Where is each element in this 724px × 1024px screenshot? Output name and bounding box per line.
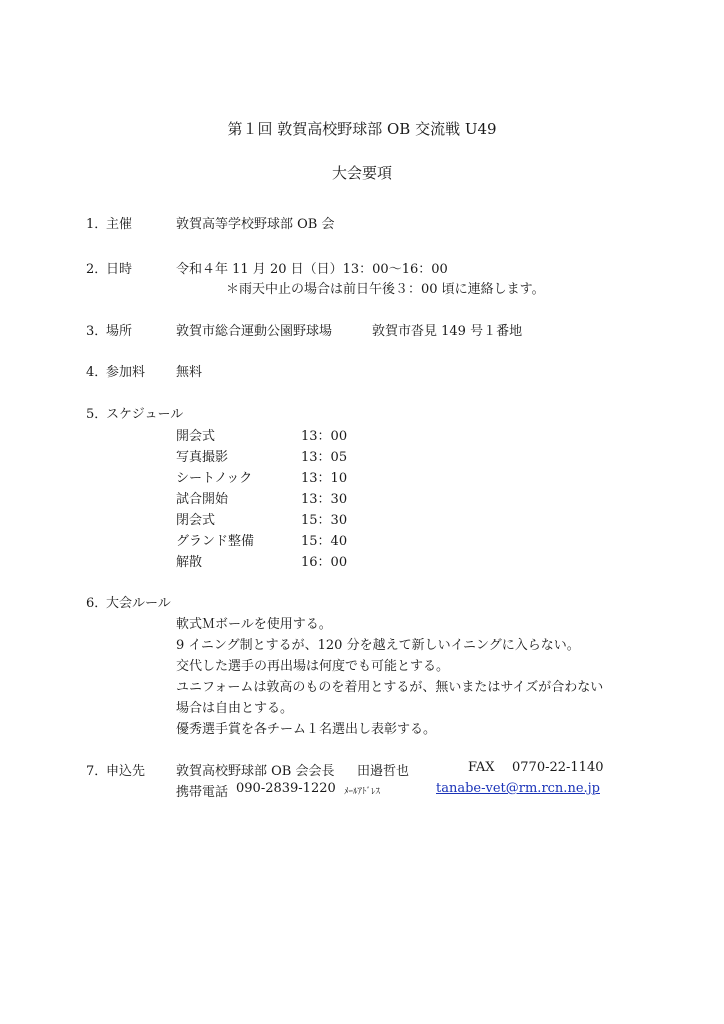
section-number: 5． <box>86 403 107 422</box>
rule-line: 交代した選手の再出場は何度でも可能とする。 <box>176 655 449 674</box>
venue-address: 敦賀市沓見 149 号１番地 <box>372 320 522 339</box>
section-number: 7． <box>86 760 107 779</box>
rule-line: ユニフォームは敦高のものを着用とするが、無いまたはサイズが合わない <box>176 676 603 695</box>
rule-line: 軟式Ｍボールを使用する。 <box>176 613 332 632</box>
section-label: 申込先 <box>106 760 145 779</box>
datetime-value: 令和４年 11 月 20 日（日）13：00〜16：00 <box>176 258 448 277</box>
organizer-value: 敦賀高等学校野球部 OB 会 <box>176 213 334 232</box>
fax-number: 0770-22-1140 <box>512 760 604 775</box>
section-label: 場所 <box>106 320 132 339</box>
section-number: 2． <box>86 258 107 277</box>
rule-line: 9 イニング制とするが、120 分を越えて新しいイニングに入らない。 <box>176 634 580 653</box>
schedule-event: グランド整備 <box>176 530 254 549</box>
schedule-time: 15：40 <box>301 530 347 549</box>
fee-value: 無料 <box>176 361 202 380</box>
fax-label: FAX <box>468 760 495 775</box>
rule-line: 優秀選手賞を各チーム１名選出し表彰する。 <box>176 718 436 737</box>
schedule-event: 写真撮影 <box>176 446 228 465</box>
rule-line: 場合は自由とする。 <box>176 697 293 716</box>
section-number: 3． <box>86 320 107 339</box>
rain-note: ＊雨天中止の場合は前日午後３：00 頃に連絡します。 <box>226 278 545 297</box>
contact-name: 田邉哲也 <box>357 760 409 779</box>
section-label: 参加料 <box>106 361 145 380</box>
venue-value: 敦賀市総合運動公園野球場 <box>176 320 332 339</box>
section-label: 大会ルール <box>106 592 171 611</box>
document-subtitle: 大会要項 <box>0 162 724 183</box>
schedule-time: 13：10 <box>301 467 347 486</box>
section-number: 6． <box>86 592 107 611</box>
schedule-time: 13：00 <box>301 425 347 444</box>
contact-organization: 敦賀高校野球部 OB 会会長 <box>176 760 334 779</box>
email-link[interactable]: tanabe-vet@rm.rcn.ne.jp <box>436 781 600 796</box>
schedule-event: 開会式 <box>176 425 215 444</box>
schedule-time: 13：30 <box>301 488 347 507</box>
mobile-number: 090-2839-1220 <box>236 781 336 796</box>
schedule-event: 解散 <box>176 551 202 570</box>
section-label: 主催 <box>106 213 132 232</box>
schedule-time: 16：00 <box>301 551 347 570</box>
schedule-event: 閉会式 <box>176 509 215 528</box>
document-title: 第１回 敦賀高校野球部 OB 交流戦 U49 <box>0 118 724 139</box>
schedule-event: 試合開始 <box>176 488 228 507</box>
schedule-time: 13：05 <box>301 446 347 465</box>
section-label: 日時 <box>106 258 132 277</box>
section-label: スケジュール <box>106 403 183 422</box>
mobile-label: 携帯電話 <box>176 781 228 800</box>
schedule-time: 15：30 <box>301 509 347 528</box>
schedule-event: シートノック <box>176 467 252 486</box>
section-number: 4． <box>86 361 107 380</box>
email-label: ﾒｰﾙｱﾄﾞﾚｽ <box>344 784 380 797</box>
section-number: 1． <box>86 213 107 232</box>
